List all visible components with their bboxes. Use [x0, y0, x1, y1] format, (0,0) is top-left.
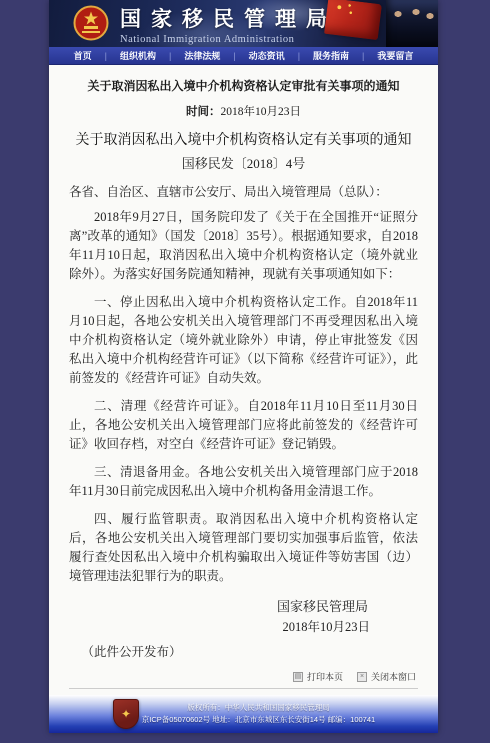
- page-title: 关于取消因私出入境中介机构资格认定审批有关事项的通知: [69, 77, 418, 94]
- site-banner: 国家移民管理局 National Immigration Administrat…: [49, 0, 438, 47]
- print-icon: ▤: [293, 672, 303, 682]
- site-column: 国家移民管理局 National Immigration Administrat…: [49, 0, 438, 733]
- paragraph-intro: 2018年9月27日，国务院印发了《关于在全国推开“证照分离”改革的通知》（国发…: [69, 208, 418, 284]
- time-value: 2018年10月23日: [221, 106, 302, 118]
- print-button[interactable]: ▤ 打印本页: [293, 670, 343, 683]
- footer-copyright: 版权所有：中华人民共和国国家移民管理局: [142, 702, 375, 714]
- addressee-line: 各省、自治区、直辖市公安厅、局出入境管理局（总队）：: [69, 183, 418, 202]
- nav-item-home[interactable]: 首页: [61, 49, 105, 62]
- close-window-button[interactable]: × 关闭本窗口: [357, 670, 416, 683]
- nav-item-service-guide[interactable]: 服务指南: [300, 49, 362, 62]
- public-release-note: （此件公开发布）: [69, 643, 418, 662]
- police-shield-icon: ✦: [113, 699, 139, 729]
- main-nav: 首页 | 组织机构 | 法律法规 | 动态资讯 | 服务指南 | 我要留言: [49, 47, 438, 65]
- time-label: 时间：: [186, 106, 221, 118]
- site-identity: 国家移民管理局 National Immigration Administrat…: [120, 3, 337, 45]
- publish-time: 时间：2018年10月23日: [69, 103, 418, 119]
- print-label: 打印本页: [307, 670, 343, 683]
- signature-agency: 国家移民管理局: [69, 597, 418, 617]
- notice-document: 关于取消因私出入境中介机构资格认定审批有关事项的通知 时间：2018年10月23…: [49, 65, 438, 695]
- flag-decoration: [324, 0, 382, 40]
- page-background: 国家移民管理局 National Immigration Administrat…: [0, 0, 490, 743]
- nav-item-news[interactable]: 动态资讯: [236, 49, 298, 62]
- document-actions: ▤ 打印本页 × 关闭本窗口: [69, 666, 418, 689]
- document-title: 关于取消因私出入境中介机构资格认定有关事项的通知: [69, 129, 418, 149]
- signature-date: 2018年10月23日: [69, 617, 418, 637]
- site-footer: ✦ 版权所有：中华人民共和国国家移民管理局 京ICP备05070602号 地址：…: [49, 695, 438, 733]
- paragraph-item-2: 二、清理《经营许可证》。自2018年11月10日至11月30日止，各地公安机关出…: [69, 397, 418, 454]
- national-emblem-icon: [73, 5, 109, 41]
- paragraph-item-1: 一、停止因私出入境中介机构资格认定工作。自2018年11月10日起，各地公安机关…: [69, 293, 418, 388]
- footer-address: 京ICP备05070602号 地址：北京市东城区东长安街14号 邮编：10074…: [142, 714, 375, 726]
- paragraph-item-3: 三、清退备用金。各地公安机关出入境管理部门应于2018年11月30日前完成因私出…: [69, 463, 418, 501]
- document-number: 国移民发〔2018〕4号: [69, 153, 418, 172]
- footer-text: 版权所有：中华人民共和国国家移民管理局 京ICP备05070602号 地址：北京…: [142, 702, 375, 726]
- close-icon: ×: [357, 672, 367, 682]
- nav-item-message[interactable]: 我要留言: [364, 49, 426, 62]
- site-title: 国家移民管理局: [120, 3, 337, 33]
- site-subtitle: National Immigration Administration: [120, 34, 337, 45]
- nav-item-organization[interactable]: 组织机构: [107, 49, 169, 62]
- nav-item-laws[interactable]: 法律法规: [171, 49, 233, 62]
- paragraph-item-4: 四、履行监管职责。取消因私出入境中介机构资格认定后，各地公安机关出入境管理部门要…: [69, 510, 418, 586]
- close-label: 关闭本窗口: [371, 670, 416, 683]
- honor-guard-photo: [386, 0, 438, 47]
